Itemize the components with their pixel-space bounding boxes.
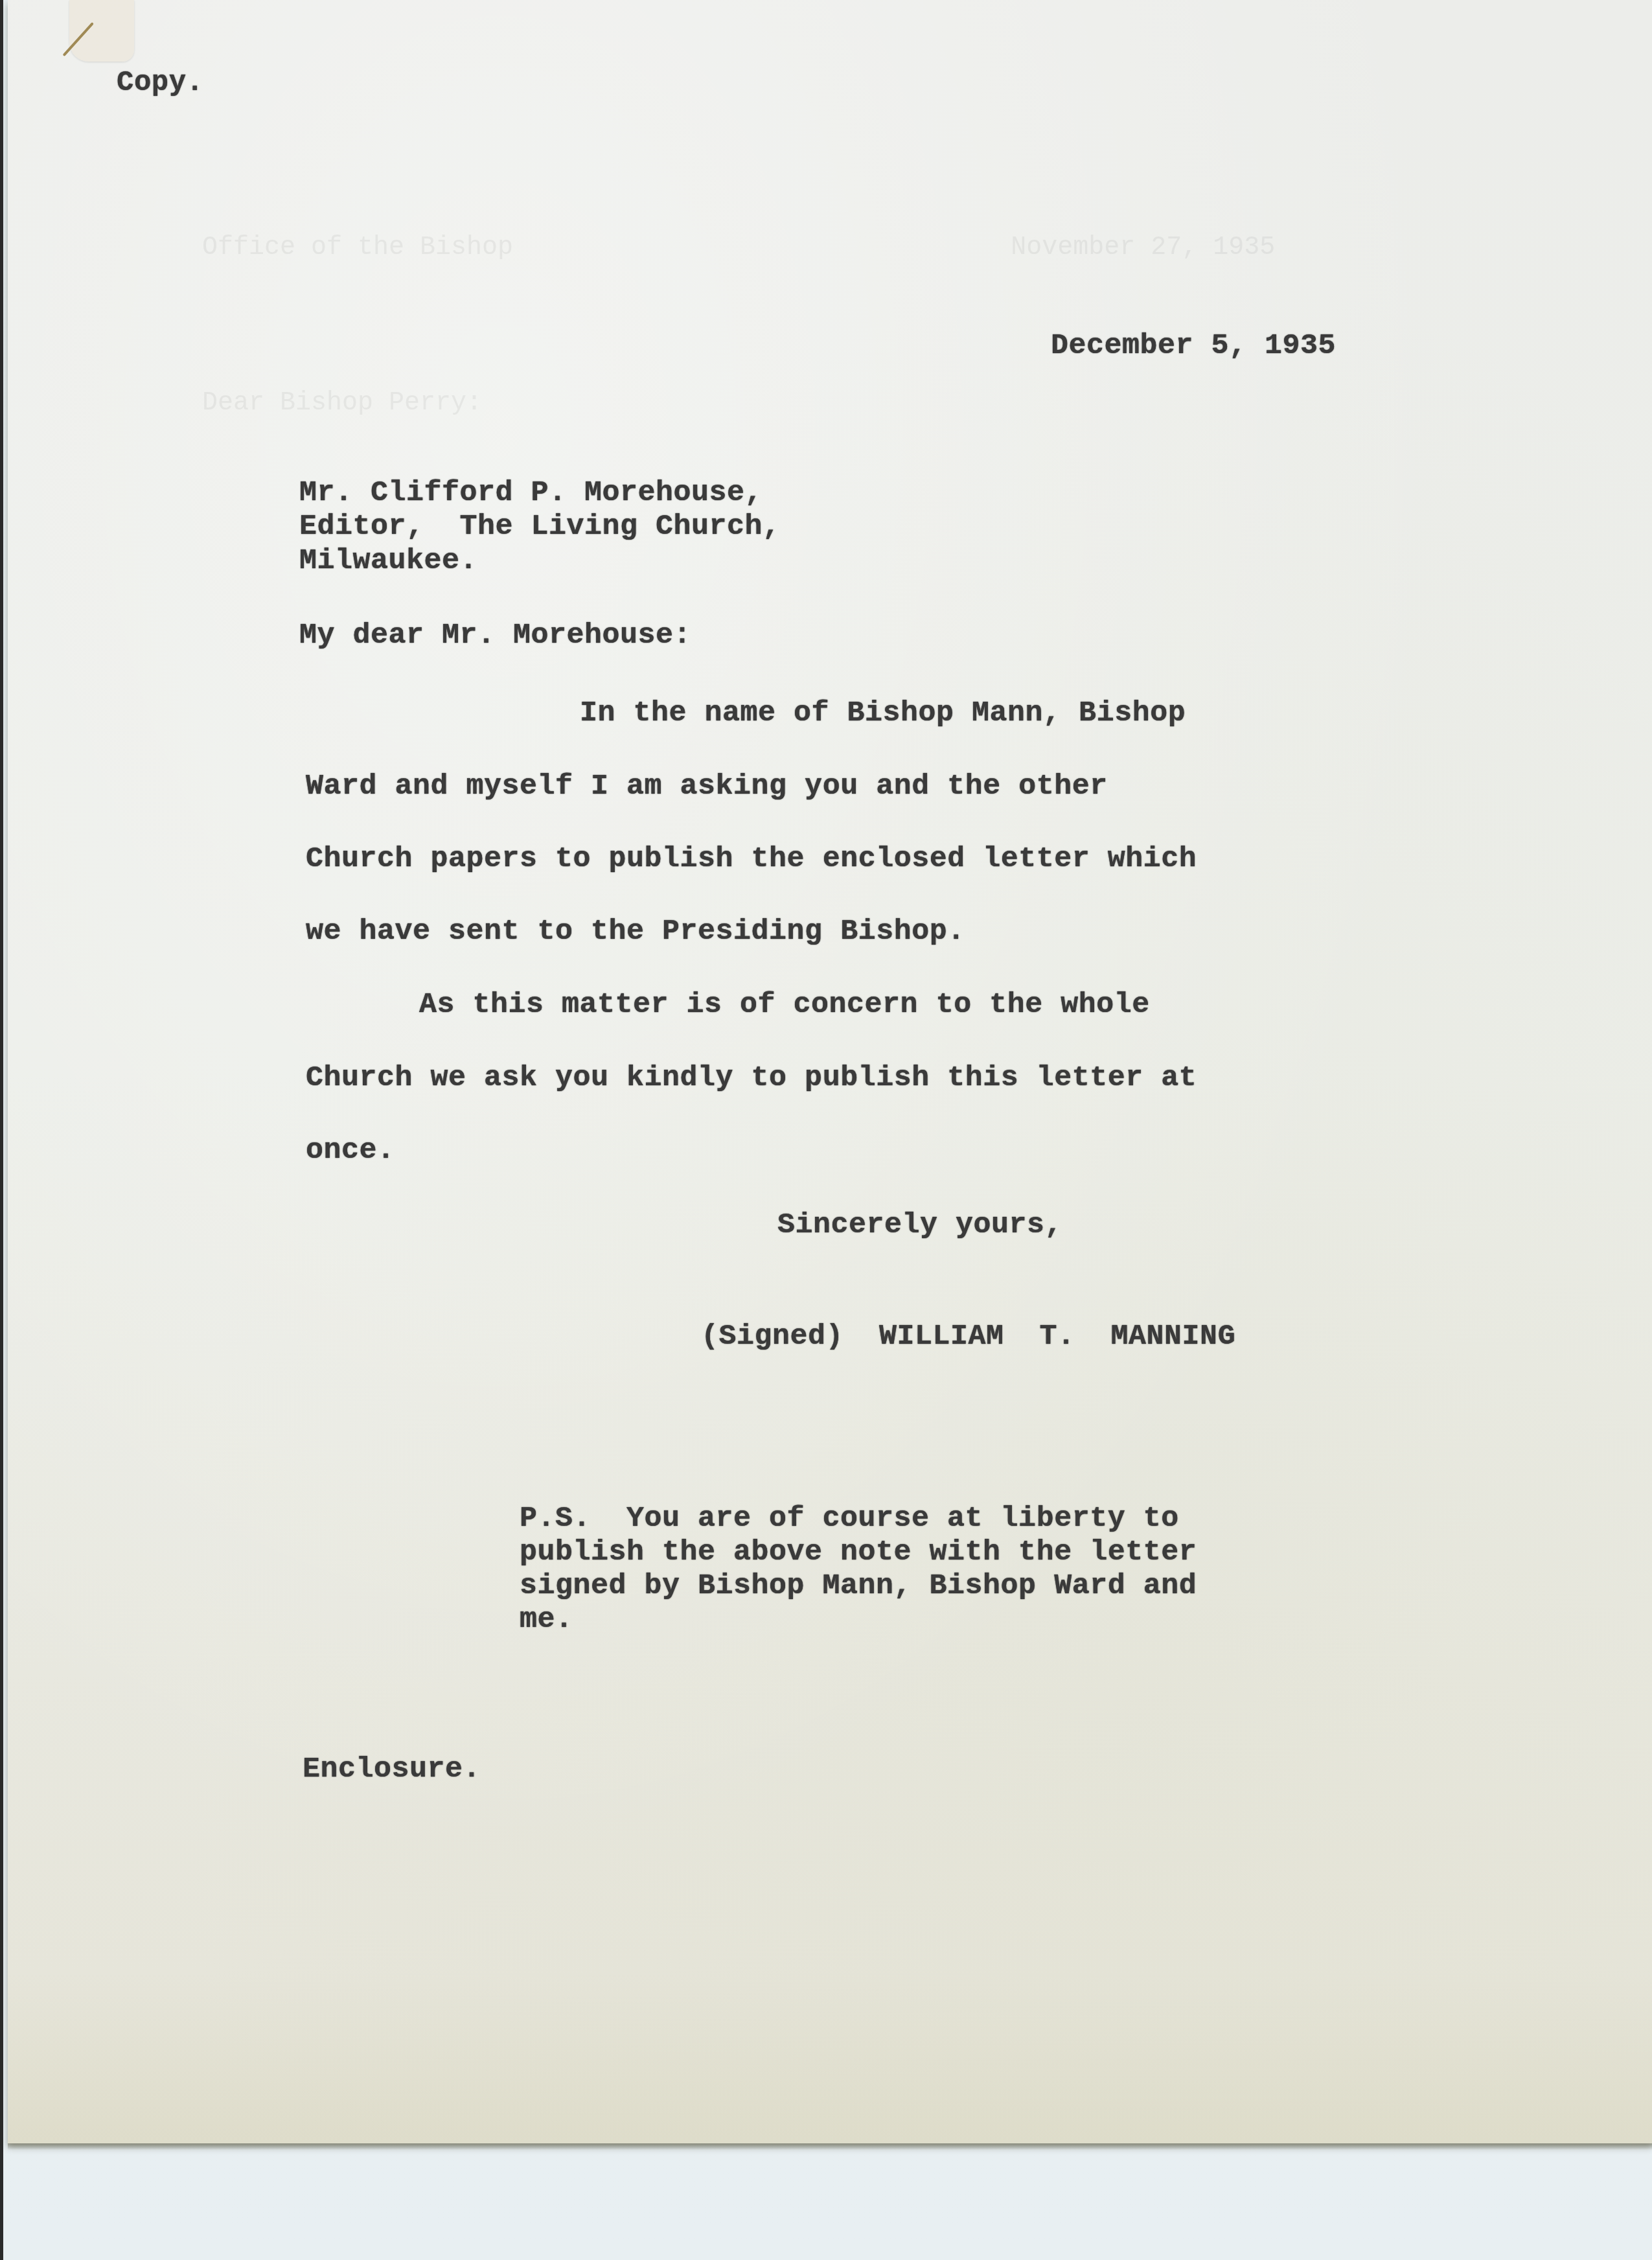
body-line: In the name of Bishop Mann, Bishop: [580, 697, 1186, 730]
postscript-line: signed by Bishop Mann, Bishop Ward and: [520, 1569, 1197, 1602]
copy-mark: Copy.: [117, 67, 204, 99]
letter-date: December 5, 1935: [1051, 329, 1336, 362]
letter-page: Office of the Bishop November 27, 1935 D…: [8, 0, 1652, 2143]
postscript-line: me.: [520, 1603, 573, 1636]
bleed-through-text: Dear Bishop Perry:: [202, 389, 482, 418]
torn-tape: [69, 0, 134, 62]
signature: (Signed) WILLIAM T. MANNING: [701, 1320, 1235, 1353]
body-line: Ward and myself I am asking you and the …: [306, 770, 1108, 803]
bleed-through-text: Office of the Bishop November 27, 1935: [202, 233, 1275, 262]
closing: Sincerely yours,: [777, 1208, 1062, 1241]
body-line: we have sent to the Presiding Bishop.: [306, 915, 965, 948]
body-line: Church we ask you kindly to publish this…: [306, 1061, 1197, 1094]
body-line: As this matter is of concern to the whol…: [419, 988, 1150, 1021]
scan-edge: [0, 0, 3, 2260]
postscript-line: publish the above note with the letter: [520, 1536, 1197, 1569]
recipient-title: Editor, The Living Church,: [299, 510, 781, 543]
postscript-line: P.S. You are of course at liberty to: [520, 1502, 1179, 1535]
body-line: Church papers to publish the enclosed le…: [306, 842, 1197, 875]
recipient-city: Milwaukee.: [299, 544, 477, 577]
body-line: once.: [306, 1134, 395, 1167]
recipient-name: Mr. Clifford P. Morehouse,: [299, 476, 763, 509]
salutation: My dear Mr. Morehouse:: [299, 619, 691, 652]
enclosure-note: Enclosure.: [303, 1753, 481, 1786]
